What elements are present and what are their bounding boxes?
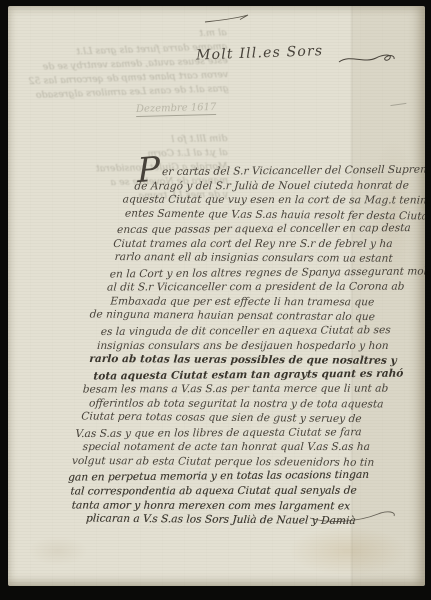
- letter-line: Per cartas del S.r Vicicanceller del Con…: [137, 163, 425, 180]
- paper-stain: [28, 536, 88, 566]
- bleedthrough-edge-mark: [390, 97, 407, 106]
- letter-line: insignias consulars ans be desijauen hos…: [97, 339, 416, 354]
- letter-line: besam les mans a V.as S.as per tanta mer…: [82, 382, 413, 398]
- ornate-initial: P: [137, 164, 160, 176]
- signature-swash: [308, 506, 398, 530]
- letter-page: al m.tamame darra furet als gras Ll.test…: [8, 6, 425, 586]
- letter-line: aquesta Ciutat que vuy esen en la cort d…: [122, 193, 423, 208]
- manuscript-scan: { "colors": { "frame": "#0a0a08", "paper…: [0, 0, 431, 600]
- paper-stain: [288, 526, 408, 576]
- heading-flourish: [338, 52, 396, 72]
- letter-line: encas que passas per aquexa el conceller…: [117, 221, 422, 237]
- letter-line: tal correspondentia ab aquexa Ciutat qua…: [70, 484, 408, 500]
- letter-line: al dit S.r Vicicanceller com a president…: [107, 280, 419, 296]
- letter-line: V.as S.as y que en los libres de aquesta…: [75, 425, 411, 442]
- letter-body: Per cartas del S.r Vicicanceller del Con…: [60, 164, 424, 528]
- verso-bleedthrough-block: al m.tamame darra furet als gras Ll.test…: [8, 26, 229, 104]
- letter-line: Ciutat trames ala cort del Rey nre S.r d…: [113, 237, 421, 252]
- letter-line: de Aragó y del S.r Julià de Nouel ciuted…: [134, 178, 424, 193]
- scan-frame: al m.tamame darra furet als gras Ll.test…: [0, 0, 431, 600]
- pen-mark-flourish: [204, 12, 256, 26]
- letter-line: es la vinguda de dit conceller en aquexa…: [100, 323, 416, 340]
- bleedthrough-date: Dezembre 1617: [136, 102, 217, 117]
- letter-line: special notament de acte tan honrat qual…: [82, 440, 410, 455]
